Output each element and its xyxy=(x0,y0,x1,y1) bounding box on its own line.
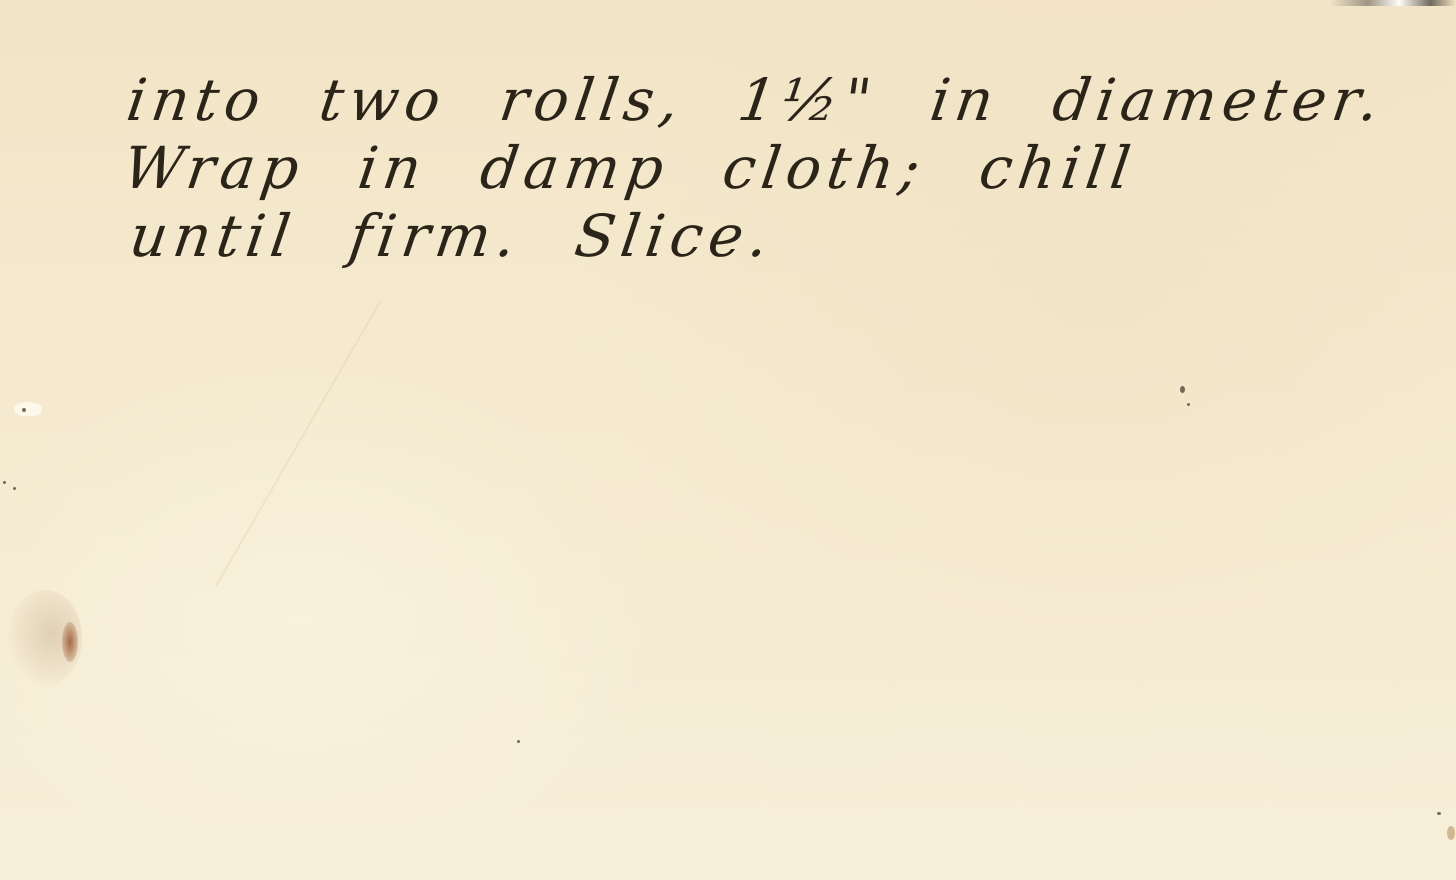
ink-speck xyxy=(13,487,16,490)
ink-speck xyxy=(1437,812,1441,815)
edge-stain xyxy=(1447,826,1455,840)
recipe-card: into two rolls, 1½" in diameter. Wrap in… xyxy=(0,0,1456,880)
handwriting-line-3: until firm. Slice. xyxy=(104,202,1394,270)
handwriting-line-1: into two rolls, 1½" in diameter. xyxy=(123,66,1413,134)
card-top-edge-shadow xyxy=(1330,0,1456,6)
paper-crease xyxy=(215,300,382,587)
rust-stain xyxy=(62,622,78,662)
ink-speck xyxy=(1180,386,1185,393)
handwriting-line-2: Wrap in damp cloth; chill xyxy=(113,134,1403,202)
handwritten-text: into two rolls, 1½" in diameter. Wrap in… xyxy=(104,66,1413,270)
ink-speck xyxy=(3,481,6,484)
ink-speck xyxy=(1187,403,1190,406)
ink-speck xyxy=(22,408,26,412)
ink-speck xyxy=(517,740,520,743)
paper-tear-mark xyxy=(14,402,42,416)
